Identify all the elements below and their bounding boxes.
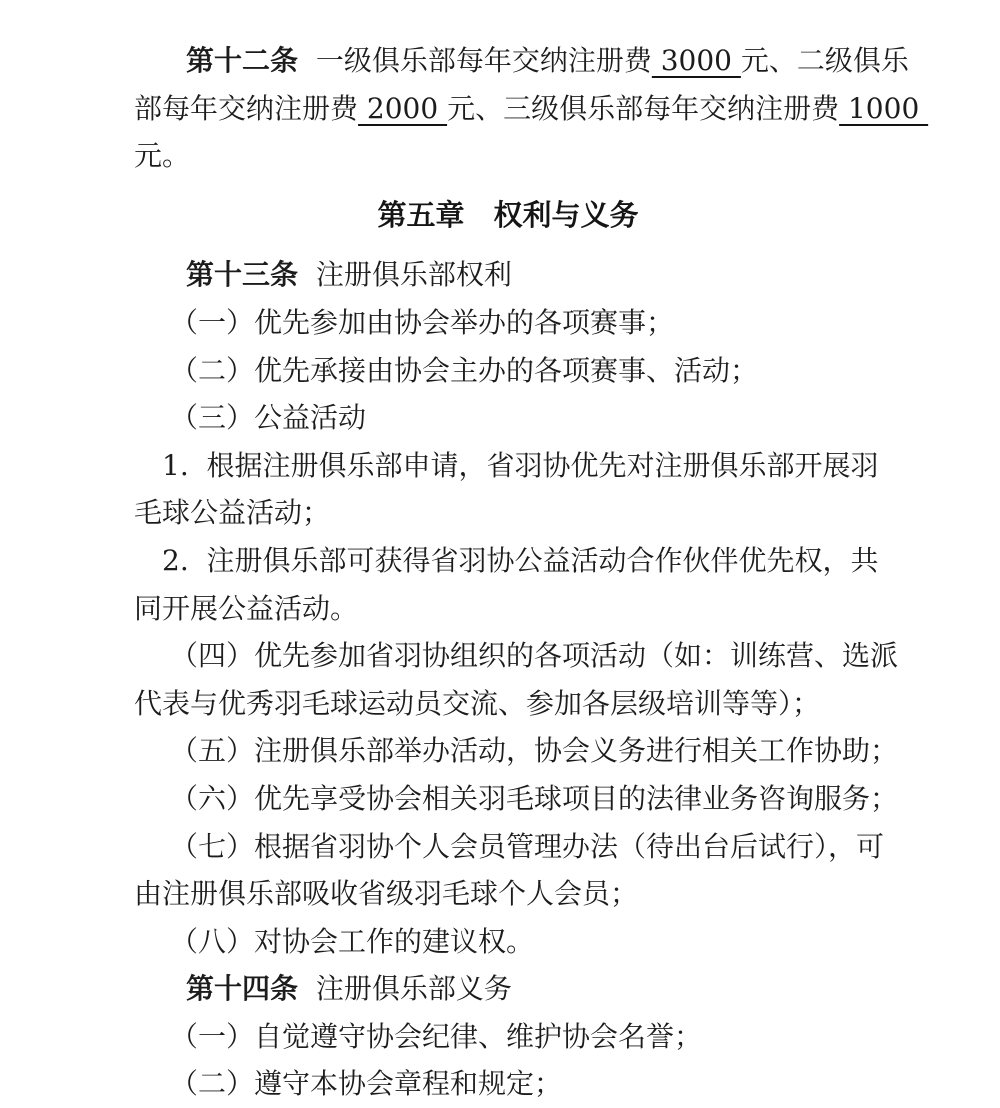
text-segment: （二）优先承接由协会主办的各项赛事、活动；: [170, 354, 758, 387]
text-segment: （一）优先参加由协会举办的各项赛事；: [170, 306, 674, 339]
document-page: 第十二条 一级俱乐部每年交纳注册费 3000 元、二级俱乐部每年交纳注册费 20…: [0, 0, 1000, 1108]
text-segment: 元、三级俱乐部每年交纳注册费: [447, 92, 839, 125]
text-segment: （三）公益活动: [170, 401, 366, 434]
text-line: （四）优先参加省羽协组织的各项活动（如：训练营、选派: [134, 632, 882, 680]
text-segment: 2. 注册俱乐部可获得省羽协公益活动合作伙伴优先权，共: [162, 544, 879, 577]
text-segment: 毛球公益活动；: [134, 496, 330, 529]
underlined-fee-value: 3000: [652, 44, 741, 77]
text-segment: （五）注册俱乐部举办活动，协会义务进行相关工作协助；: [170, 734, 898, 767]
text-line: （五）注册俱乐部举办活动，协会义务进行相关工作协助；: [134, 727, 882, 775]
article-number-label: 第十四条: [186, 972, 298, 1005]
text-segment: 元。: [134, 139, 190, 172]
text-line: （七）根据省羽协个人会员管理办法（待出台后试行），可: [134, 823, 882, 871]
text-line: （二）优先承接由协会主办的各项赛事、活动；: [134, 347, 882, 395]
text-segment: （四）优先参加省羽协组织的各项活动（如：训练营、选派: [170, 639, 898, 672]
text-segment: 由注册俱乐部吸收省级羽毛球个人会员；: [134, 877, 638, 910]
text-segment: 代表与优秀羽毛球运动员交流、参加各层级培训等等）；: [134, 687, 820, 720]
underlined-fee-value: 2000: [358, 92, 447, 125]
text-line: （三）公益活动: [134, 394, 882, 442]
text-segment: 同开展公益活动。: [134, 592, 358, 625]
text-line: 部每年交纳注册费 2000 元、三级俱乐部每年交纳注册费 1000: [134, 85, 882, 133]
text-line: （一）自觉遵守协会纪律、维护协会名誉；: [134, 1013, 882, 1061]
article-number-label: 第十二条: [186, 44, 298, 77]
text-segment: （六）优先享受协会相关羽毛球项目的法律业务咨询服务；: [170, 782, 898, 815]
text-segment: 注册俱乐部义务: [298, 972, 512, 1005]
text-segment: （七）根据省羽协个人会员管理办法（待出台后试行），可: [170, 830, 884, 863]
text-segment: 元、二级俱乐: [741, 44, 909, 77]
text-segment: 1. 根据注册俱乐部申请，省羽协优先对注册俱乐部开展羽: [162, 449, 879, 482]
text-segment: 部每年交纳注册费: [134, 92, 358, 125]
text-line: 1. 根据注册俱乐部申请，省羽协优先对注册俱乐部开展羽: [134, 442, 882, 490]
text-segment: （一）自觉遵守协会纪律、维护协会名誉；: [170, 1020, 702, 1053]
text-segment: 注册俱乐部权利: [298, 258, 512, 291]
text-segment: （二）遵守本协会章程和规定；: [170, 1067, 562, 1100]
text-line: 毛球公益活动；: [134, 489, 882, 537]
document-content: 第十二条 一级俱乐部每年交纳注册费 3000 元、二级俱乐部每年交纳注册费 20…: [134, 37, 882, 1108]
article-number-label: 第十三条: [186, 258, 298, 291]
text-line: 2. 注册俱乐部可获得省羽协公益活动合作伙伴优先权，共: [134, 537, 882, 585]
text-line: （一）优先参加由协会举办的各项赛事；: [134, 299, 882, 347]
text-line: （八）对协会工作的建议权。: [134, 918, 882, 966]
text-line: 第十三条 注册俱乐部权利: [134, 251, 882, 299]
text-line: 元。: [134, 132, 882, 180]
text-line: （二）遵守本协会章程和规定；: [134, 1060, 882, 1108]
text-line: 由注册俱乐部吸收省级羽毛球个人会员；: [134, 870, 882, 918]
text-line: 第十二条 一级俱乐部每年交纳注册费 3000 元、二级俱乐: [134, 37, 882, 85]
text-line: 第十四条 注册俱乐部义务: [134, 965, 882, 1013]
text-line: 同开展公益活动。: [134, 585, 882, 633]
text-segment: 一级俱乐部每年交纳注册费: [298, 44, 652, 77]
text-line: （六）优先享受协会相关羽毛球项目的法律业务咨询服务；: [134, 775, 882, 823]
text-segment: （八）对协会工作的建议权。: [170, 925, 534, 958]
underlined-fee-value: 1000: [839, 92, 928, 125]
chapter-heading: 第五章 权利与义务: [134, 192, 882, 240]
text-line: 代表与优秀羽毛球运动员交流、参加各层级培训等等）；: [134, 680, 882, 728]
